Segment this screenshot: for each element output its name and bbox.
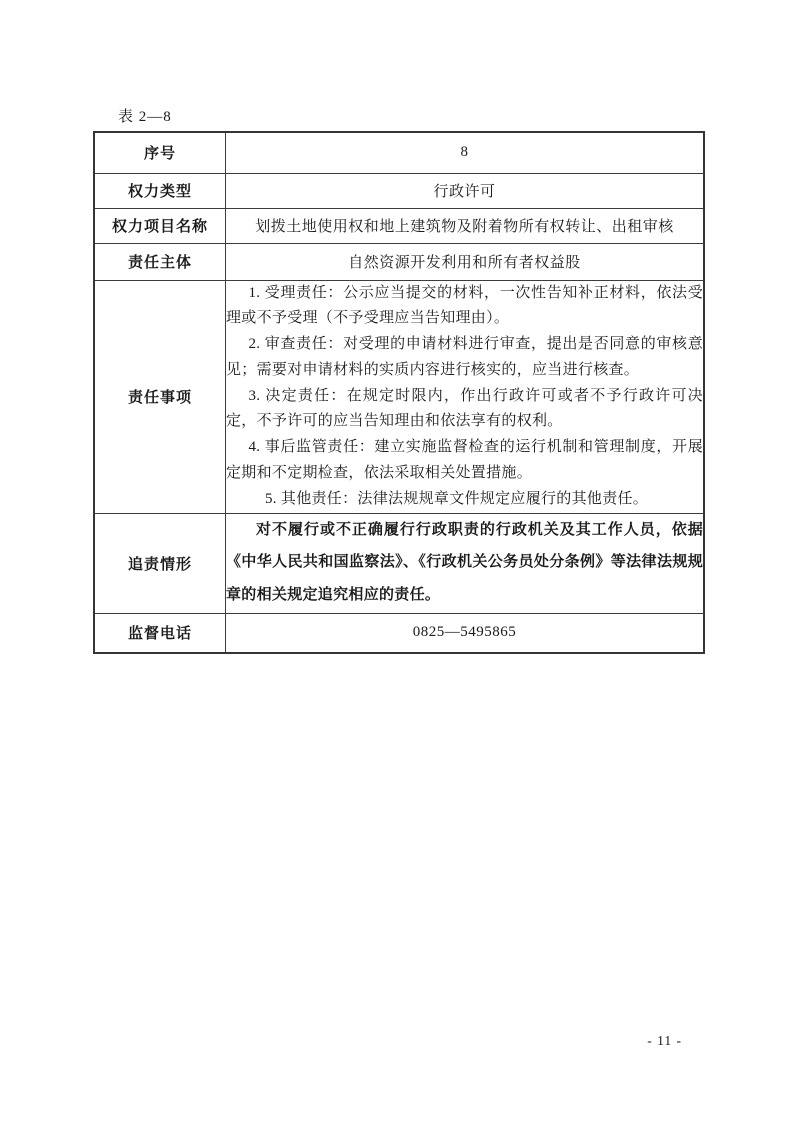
- table-row-power-type: 权力类型 行政许可: [94, 173, 704, 208]
- responsibility-item-3: 3. 决定责任：在规定时限内，作出行政许可或者不予行政许可决定，不予许可的应当告…: [226, 384, 703, 436]
- accountability-content: 对不履行或不正确履行行政职责的行政机关及其工作人员，依据《中华人民共和国监察法》…: [226, 513, 705, 613]
- accountability-paragraph: 对不履行或不正确履行行政职责的行政机关及其工作人员，依据《中华人民共和国监察法》…: [226, 514, 703, 612]
- responsibility-item-4: 4. 事后监管责任：建立实施监督检查的运行机制和管理制度，开展定期和不定期检查，…: [226, 435, 703, 487]
- document-page: 表 2—8 序号 8 权力类型 行政许可 权力项目名称 划拨土地使用权和地上建筑…: [0, 0, 793, 1122]
- table-row-serial-number: 序号 8: [94, 132, 704, 173]
- table-row-responsibility-items: 责任事项 1. 受理责任：公示应当提交的材料，一次性告知补正材料，依法受理或不予…: [94, 280, 704, 513]
- responsibility-items-content: 1. 受理责任：公示应当提交的材料，一次性告知补正材料，依法受理或不予受理（不予…: [226, 280, 705, 513]
- power-type-label: 权力类型: [94, 173, 226, 208]
- serial-number-value: 8: [226, 132, 705, 173]
- table-row-responsible-entity: 责任主体 自然资源开发利用和所有者权益股: [94, 243, 704, 280]
- table-caption: 表 2—8: [118, 105, 172, 126]
- table-row-supervision-phone: 监督电话 0825—5495865: [94, 613, 704, 653]
- page-number: - 11 -: [647, 1033, 682, 1049]
- responsible-entity-value: 自然资源开发利用和所有者权益股: [226, 243, 705, 280]
- responsible-entity-label: 责任主体: [94, 243, 226, 280]
- responsibility-table: 序号 8 权力类型 行政许可 权力项目名称 划拨土地使用权和地上建筑物及附着物所…: [93, 131, 705, 654]
- table-row-accountability: 追责情形 对不履行或不正确履行行政职责的行政机关及其工作人员，依据《中华人民共和…: [94, 513, 704, 613]
- table-row-power-item-name: 权力项目名称 划拨土地使用权和地上建筑物及附着物所有权转让、出租审核: [94, 208, 704, 243]
- power-type-value: 行政许可: [226, 173, 705, 208]
- power-item-name-value: 划拨土地使用权和地上建筑物及附着物所有权转让、出租审核: [226, 208, 705, 243]
- supervision-phone-label: 监督电话: [94, 613, 226, 653]
- responsibility-item-2: 2. 审查责任：对受理的申请材料进行审查，提出是否同意的审核意见；需要对申请材料…: [226, 332, 703, 384]
- serial-number-label: 序号: [94, 132, 226, 173]
- responsibility-item-5: 5. 其他责任：法律法规规章文件规定应履行的其他责任。: [226, 487, 703, 513]
- power-item-name-label: 权力项目名称: [94, 208, 226, 243]
- responsibility-items-label: 责任事项: [94, 280, 226, 513]
- responsibility-item-1: 1. 受理责任：公示应当提交的材料，一次性告知补正材料，依法受理或不予受理（不予…: [226, 281, 703, 333]
- supervision-phone-value: 0825—5495865: [226, 613, 705, 653]
- accountability-label: 追责情形: [94, 513, 226, 613]
